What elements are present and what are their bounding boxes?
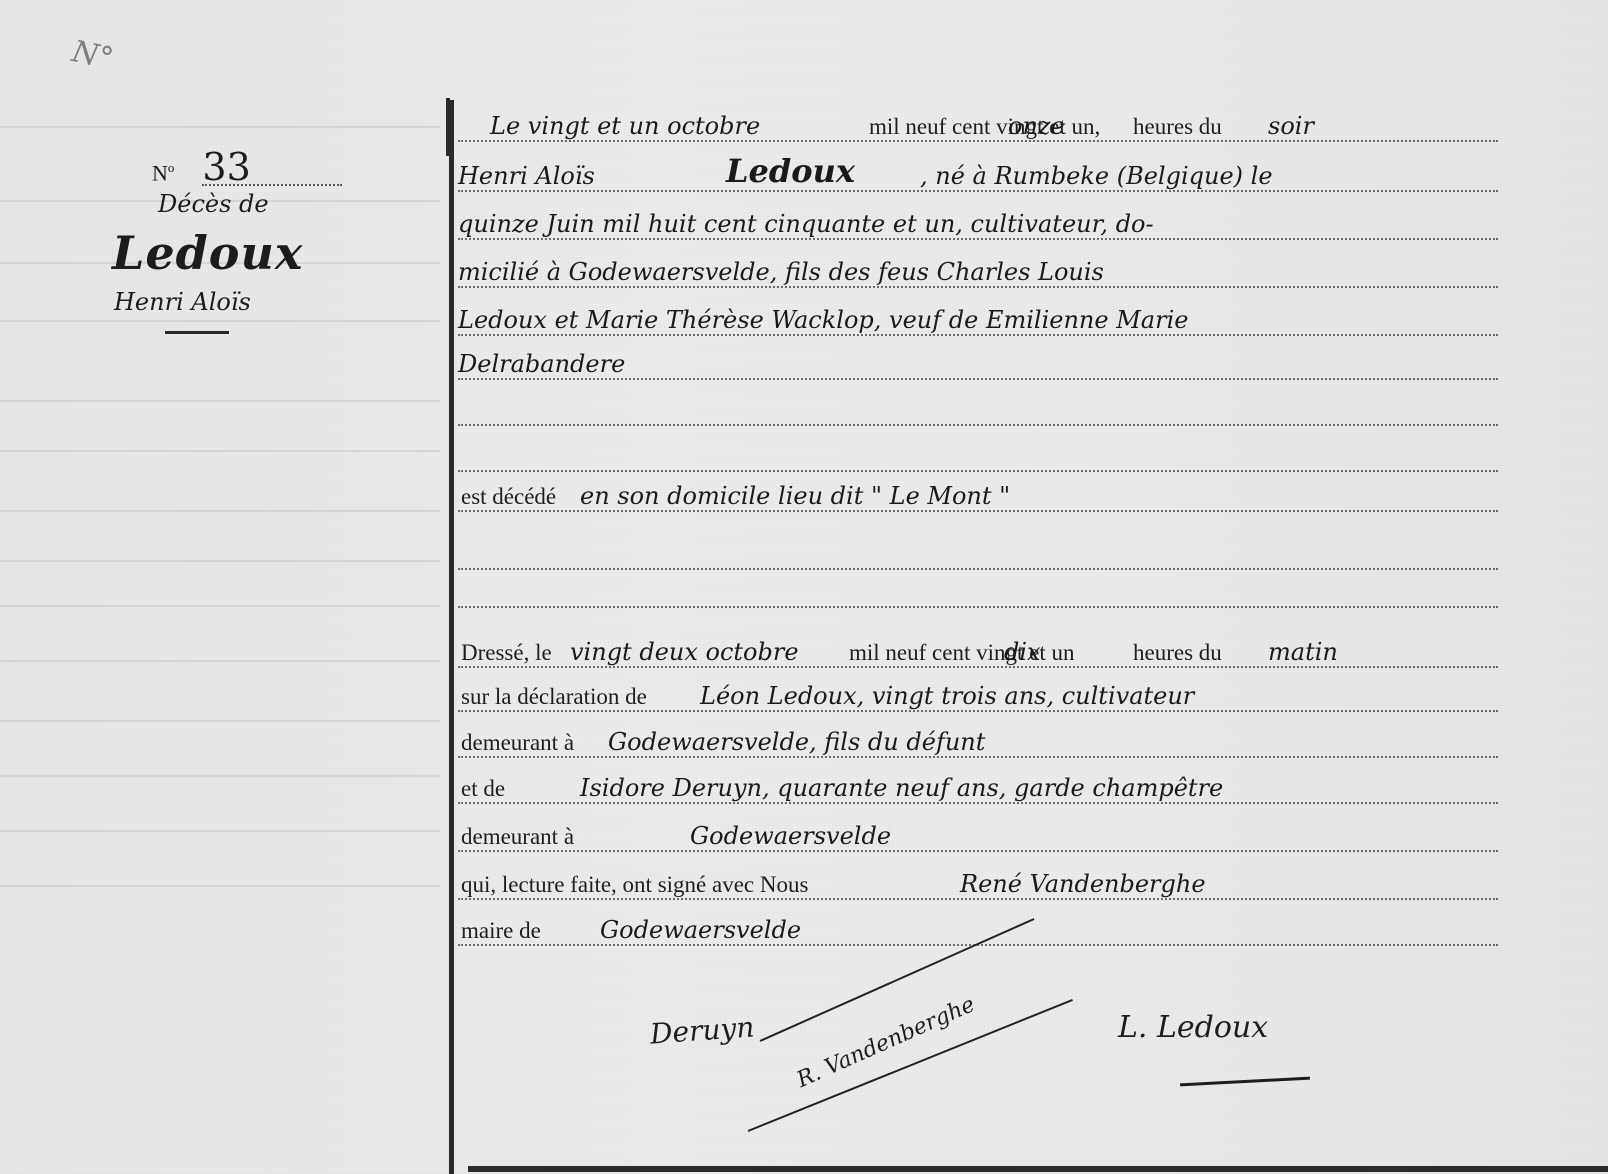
printed-text: mil neuf cent vingt et un, bbox=[866, 114, 1103, 140]
number-label: No bbox=[152, 160, 174, 186]
printed-text: demeurant à bbox=[458, 824, 577, 850]
handwritten-text: en son domicile lieu dit " Le Mont " bbox=[580, 482, 1010, 510]
ruled-line bbox=[458, 438, 1498, 478]
margin-column: No 33 Décès de Ledoux Henri Aloïs bbox=[0, 0, 440, 1174]
margin-heading: Décès de bbox=[158, 190, 269, 218]
handwritten-text: Godewaersvelde bbox=[690, 822, 891, 850]
ruled-line: demeurant àGodewaersvelde, fils du défun… bbox=[458, 724, 1498, 764]
printed-text: mil neuf cent vingt et un bbox=[846, 640, 1077, 666]
register-number: No 33 bbox=[152, 150, 342, 186]
dotted-rule bbox=[458, 568, 1498, 570]
ruled-line: est décédéen son domicile lieu dit " Le … bbox=[458, 478, 1498, 518]
dotted-rule bbox=[458, 238, 1498, 240]
printed-text: heures du bbox=[1130, 640, 1225, 666]
handwritten-text: René Vandenberghe bbox=[960, 870, 1206, 898]
handwritten-text: vingt deux octobre bbox=[570, 638, 799, 666]
handwritten-text: Léon Ledoux, vingt trois ans, cultivateu… bbox=[700, 682, 1194, 710]
printed-text: sur la déclaration de bbox=[458, 684, 650, 710]
number-value: 33 bbox=[202, 150, 342, 186]
frame-top-mark bbox=[446, 98, 450, 156]
handwritten-text: onze bbox=[1008, 112, 1065, 140]
ruled-line: Ledoux et Marie Thérèse Wacklop, veuf de… bbox=[458, 302, 1498, 342]
ruled-line: et deIsidore Deruyn, quarante neuf ans, … bbox=[458, 770, 1498, 810]
ruled-line: maire deGodewaersvelde bbox=[458, 912, 1498, 952]
ruled-line bbox=[458, 574, 1498, 614]
handwritten-text: Delrabandere bbox=[458, 350, 625, 378]
ruled-line bbox=[458, 392, 1498, 432]
dotted-rule bbox=[458, 140, 1498, 142]
frame-left-rule bbox=[449, 100, 454, 1174]
deceased-given-names: Henri Aloïs bbox=[114, 288, 251, 316]
handwritten-text: soir bbox=[1268, 112, 1314, 140]
handwritten-text: Ledoux bbox=[726, 152, 855, 190]
printed-text: demeurant à bbox=[458, 730, 577, 756]
dotted-rule bbox=[458, 286, 1498, 288]
frame-bottom-rule bbox=[468, 1166, 1608, 1172]
printed-text: Dressé, le bbox=[458, 640, 555, 666]
handwritten-text: Henri Aloïs bbox=[458, 162, 595, 190]
handwritten-text: Le vingt et un octobre bbox=[490, 112, 760, 140]
signature-ledoux: L. Ledoux bbox=[1118, 1010, 1268, 1045]
dotted-rule bbox=[458, 470, 1498, 472]
dotted-rule bbox=[458, 334, 1498, 336]
dotted-rule bbox=[458, 510, 1498, 512]
ruled-line: micilié à Godewaersvelde, fils des feus … bbox=[458, 254, 1498, 294]
ruled-line: Henri AloïsLedoux, né à Rumbeke (Belgiqu… bbox=[458, 158, 1498, 198]
handwritten-text: , né à Rumbeke (Belgique) le bbox=[920, 162, 1273, 190]
handwritten-text: Ledoux et Marie Thérèse Wacklop, veuf de… bbox=[458, 306, 1188, 334]
handwritten-text: matin bbox=[1268, 638, 1338, 666]
printed-text: heures du bbox=[1130, 114, 1225, 140]
printed-text: maire de bbox=[458, 918, 544, 944]
handwritten-text: Godewaersvelde, fils du défunt bbox=[608, 728, 985, 756]
dotted-rule bbox=[458, 802, 1498, 804]
dotted-rule bbox=[458, 424, 1498, 426]
handwritten-text: Isidore Deruyn, quarante neuf ans, garde… bbox=[580, 774, 1223, 802]
ruled-line: Dressé, levingt deux octobremil neuf cen… bbox=[458, 634, 1498, 674]
dotted-rule bbox=[458, 710, 1498, 712]
underline bbox=[165, 331, 229, 334]
printed-text: qui, lecture faite, ont signé avec Nous bbox=[458, 872, 811, 898]
dotted-rule bbox=[458, 378, 1498, 380]
ruled-line bbox=[458, 536, 1498, 576]
ruled-line: qui, lecture faite, ont signé avec NousR… bbox=[458, 866, 1498, 906]
handwritten-text: Godewaersvelde bbox=[600, 916, 801, 944]
handwritten-text: dix bbox=[1004, 638, 1041, 666]
ruled-line: Delrabandere bbox=[458, 346, 1498, 386]
deceased-surname: Ledoux bbox=[112, 226, 303, 280]
handwritten-text: quinze Juin mil huit cent cinquante et u… bbox=[458, 210, 1154, 238]
printed-text: et de bbox=[458, 776, 508, 802]
dotted-rule bbox=[458, 850, 1498, 852]
ruled-line: demeurant àGodewaersvelde bbox=[458, 818, 1498, 858]
ruled-line: quinze Juin mil huit cent cinquante et u… bbox=[458, 206, 1498, 246]
dotted-rule bbox=[458, 666, 1498, 668]
ruled-line: Le vingt et un octobremil neuf cent ving… bbox=[458, 108, 1498, 148]
dotted-rule bbox=[458, 190, 1498, 192]
ruled-line: sur la déclaration deLéon Ledoux, vingt … bbox=[458, 678, 1498, 718]
handwritten-text: micilié à Godewaersvelde, fils des feus … bbox=[458, 258, 1104, 286]
dotted-rule bbox=[458, 606, 1498, 608]
dotted-rule bbox=[458, 756, 1498, 758]
printed-text: est décédé bbox=[458, 484, 559, 510]
dotted-rule bbox=[458, 898, 1498, 900]
